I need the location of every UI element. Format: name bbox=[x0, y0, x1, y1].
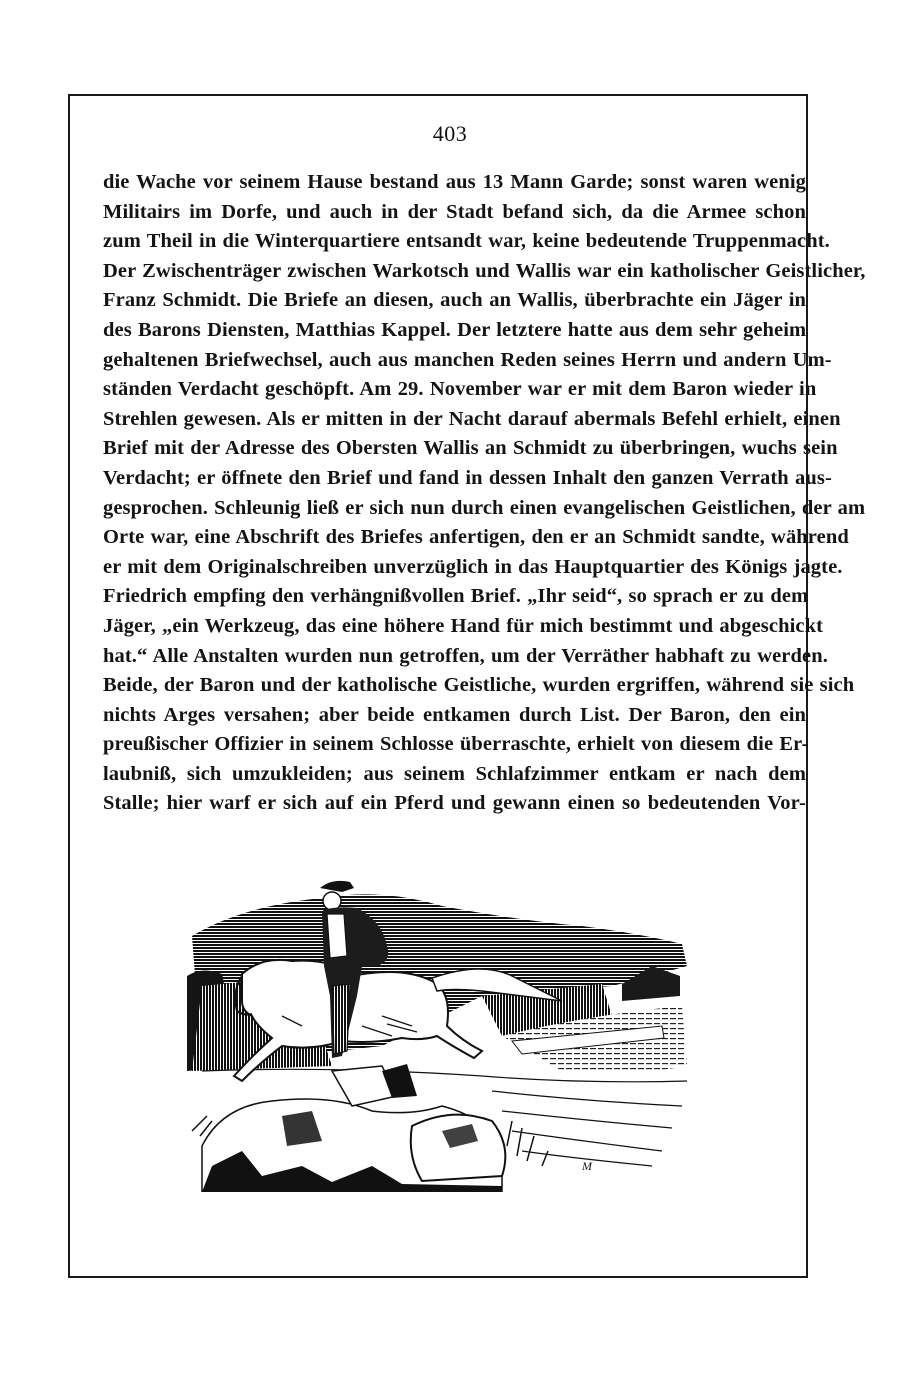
text-line: Stalle; hier warf er sich auf ein Pferd … bbox=[103, 789, 806, 819]
rider-engraving-illustration: M bbox=[182, 866, 694, 1192]
text-line: preußischer Offizier in seinem Schlosse … bbox=[103, 730, 806, 760]
text-line: gesprochen. Schleunig ließ er sich nun d… bbox=[103, 494, 806, 524]
text-line: Der Zwischenträger zwischen Warkotsch un… bbox=[103, 257, 806, 287]
text-line: Verdacht; er öffnete den Brief und fand … bbox=[103, 464, 806, 494]
text-line: er mit dem Originalschreiben unverzüglic… bbox=[103, 553, 806, 583]
text-line: laubniß, sich umzukleiden; aus seinem Sc… bbox=[103, 760, 806, 790]
text-line: gehaltenen Briefwechsel, auch aus manche… bbox=[103, 346, 806, 376]
text-line: Militairs im Dorfe, und auch in der Stad… bbox=[103, 198, 806, 228]
text-line: Brief mit der Adresse des Obersten Walli… bbox=[103, 434, 806, 464]
text-line: Franz Schmidt. Die Briefe an diesen, auc… bbox=[103, 286, 806, 316]
text-line: Jäger, „ein Werkzeug, das eine höhere Ha… bbox=[103, 612, 806, 642]
body-text: die Wache vor seinem Hause bestand aus 1… bbox=[103, 168, 808, 819]
text-line: die Wache vor seinem Hause bestand aus 1… bbox=[103, 168, 806, 198]
artist-signature: M bbox=[581, 1159, 593, 1173]
text-line: Friedrich empfing den verhängnißvollen B… bbox=[103, 582, 806, 612]
text-line: Strehlen gewesen. Als er mitten in der N… bbox=[103, 405, 806, 435]
text-line: Beide, der Baron und der katholische Gei… bbox=[103, 671, 806, 701]
text-line: Orte war, eine Abschrift des Briefes anf… bbox=[103, 523, 806, 553]
text-line: zum Theil in die Winterquartiere entsand… bbox=[103, 227, 806, 257]
text-line: nichts Arges versahen; aber beide entkam… bbox=[103, 701, 806, 731]
text-line: hat.“ Alle Anstalten wurden nun getroffe… bbox=[103, 642, 806, 672]
page-number: 403 bbox=[0, 121, 900, 147]
text-line: ständen Verdacht geschöpft. Am 29. Novem… bbox=[103, 375, 806, 405]
text-line: des Barons Diensten, Matthias Kappel. De… bbox=[103, 316, 806, 346]
